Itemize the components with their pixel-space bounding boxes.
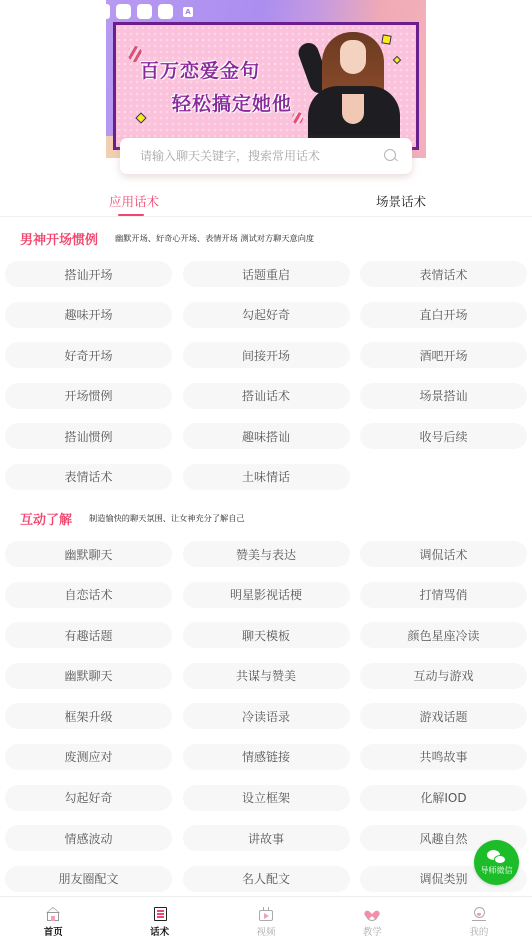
balloon-icon (292, 112, 303, 124)
category-pill[interactable]: 趣味开场 (5, 302, 172, 328)
nav-scripts[interactable]: 话术 (106, 897, 212, 946)
nav-profile[interactable]: 我的 (426, 897, 532, 946)
tab-scene-scripts[interactable]: 场景话术 (376, 192, 426, 210)
category-pill[interactable]: 直白开场 (360, 302, 527, 328)
category-pill[interactable]: 收号后续 (360, 423, 527, 449)
nav-label: 视频 (257, 924, 276, 938)
list-icon (152, 907, 168, 922)
banner-headline: 百万恋爱金句 (140, 56, 260, 83)
mentor-wechat-button[interactable]: 导师微信 (474, 840, 519, 885)
category-pill[interactable]: 情感链接 (183, 744, 350, 770)
category-pill[interactable]: 搭讪惯例 (5, 423, 172, 449)
nav-video[interactable]: 视频 (213, 897, 319, 946)
category-pill[interactable]: 名人配文 (183, 866, 350, 892)
wechat-icon (487, 850, 507, 865)
category-pill[interactable]: 冷读语录 (183, 703, 350, 729)
category-pill[interactable]: 幽默聊天 (5, 541, 172, 567)
section-title: 男神开场惯例 (20, 229, 98, 248)
category-pill[interactable]: 酒吧开场 (360, 342, 527, 368)
nav-label: 教学 (363, 924, 382, 938)
category-pill[interactable]: 自恋话术 (5, 582, 172, 608)
category-pill[interactable]: 表情话术 (360, 261, 527, 287)
category-pill[interactable]: 好奇开场 (5, 342, 172, 368)
square-icon (137, 4, 152, 19)
nav-label: 话术 (150, 924, 169, 938)
heart-hands-icon (364, 907, 380, 922)
category-pill[interactable]: 间接开场 (183, 342, 350, 368)
nav-label: 首页 (44, 924, 63, 938)
category-pill[interactable]: 明星影视话梗 (183, 582, 350, 608)
section-description: 幽默开场、好奇心开场、表情开场 测试对方聊天意向度 (115, 233, 314, 244)
active-tab-indicator (118, 214, 144, 216)
category-pill[interactable]: 讲故事 (183, 825, 350, 851)
category-pill[interactable]: 赞美与表达 (183, 541, 350, 567)
category-pill[interactable]: 话题重启 (183, 261, 350, 287)
category-pill[interactable]: 化解IOD (360, 785, 527, 811)
category-pill[interactable]: 勾起好奇 (183, 302, 350, 328)
category-pill[interactable]: 共谋与赞美 (183, 663, 350, 689)
nav-home[interactable]: 首页 (0, 897, 106, 946)
category-pill[interactable]: 设立框架 (183, 785, 350, 811)
mentor-wechat-label: 导师微信 (481, 866, 513, 876)
search-input[interactable] (140, 149, 384, 163)
home-icon (45, 907, 61, 922)
category-pill[interactable]: 游戏话题 (360, 703, 527, 729)
category-pill[interactable]: 表情话术 (5, 464, 172, 490)
tab-applied-scripts[interactable]: 应用话术 (109, 192, 159, 210)
corner-badge: A (183, 7, 193, 17)
promo-banner[interactable]: A 百万恋爱金句 轻松搞定她他 (106, 0, 426, 158)
category-pill[interactable]: 勾起好奇 (5, 785, 172, 811)
section-description: 制造愉快的聊天氛围、让女神充分了解自己 (89, 513, 245, 524)
section-title: 互动了解 (20, 509, 72, 528)
search-icon[interactable] (384, 149, 398, 163)
user-icon (471, 907, 487, 922)
category-pill[interactable]: 废测应对 (5, 744, 172, 770)
section-header: 互动了解 制造愉快的聊天氛围、让女神充分了解自己 (20, 509, 245, 528)
category-pill[interactable]: 趣味搭讪 (183, 423, 350, 449)
category-pill[interactable]: 框架升级 (5, 703, 172, 729)
square-icon (116, 4, 131, 19)
category-pill[interactable]: 场景搭讪 (360, 383, 527, 409)
bottom-navigation: 首页 话术 视频 教学 我的 (0, 896, 532, 946)
nav-teaching[interactable]: 教学 (319, 897, 425, 946)
category-pill[interactable]: 聊天模板 (183, 622, 350, 648)
category-pill[interactable]: 搭讪话术 (183, 383, 350, 409)
category-pill[interactable]: 颜色星座冷读 (360, 622, 527, 648)
category-pill[interactable]: 搭讪开场 (5, 261, 172, 287)
tab-bar: 应用话术 场景话术 (0, 186, 532, 217)
category-pill[interactable]: 共鸣故事 (360, 744, 527, 770)
square-icon (106, 4, 110, 19)
script-category-grid: 搭讪开场 话题重启 表情话术 趣味开场 勾起好奇 直白开场 好奇开场 间接开场 … (5, 261, 527, 490)
category-pill[interactable]: 幽默聊天 (5, 663, 172, 689)
nav-label: 我的 (469, 924, 488, 938)
category-pill[interactable]: 调侃话术 (360, 541, 527, 567)
category-pill[interactable]: 互动与游戏 (360, 663, 527, 689)
tv-icon (258, 907, 274, 922)
banner-subheadline: 轻松搞定她他 (172, 89, 292, 116)
search-bar[interactable] (120, 138, 412, 174)
banner-model-image (304, 28, 400, 140)
category-pill[interactable]: 朋友圈配文 (5, 866, 172, 892)
script-category-grid: 幽默聊天 赞美与表达 调侃话术 自恋话术 明星影视话梗 打情骂俏 有趣话题 聊天… (5, 541, 527, 892)
section-header: 男神开场惯例 幽默开场、好奇心开场、表情开场 测试对方聊天意向度 (20, 229, 314, 248)
category-pill[interactable]: 开场惯例 (5, 383, 172, 409)
category-pill[interactable]: 打情骂俏 (360, 582, 527, 608)
category-pill[interactable]: 土味情话 (183, 464, 350, 490)
category-pill[interactable]: 有趣话题 (5, 622, 172, 648)
category-pill[interactable]: 情感波动 (5, 825, 172, 851)
square-icon (158, 4, 173, 19)
banner-top-icons: A (106, 4, 193, 19)
